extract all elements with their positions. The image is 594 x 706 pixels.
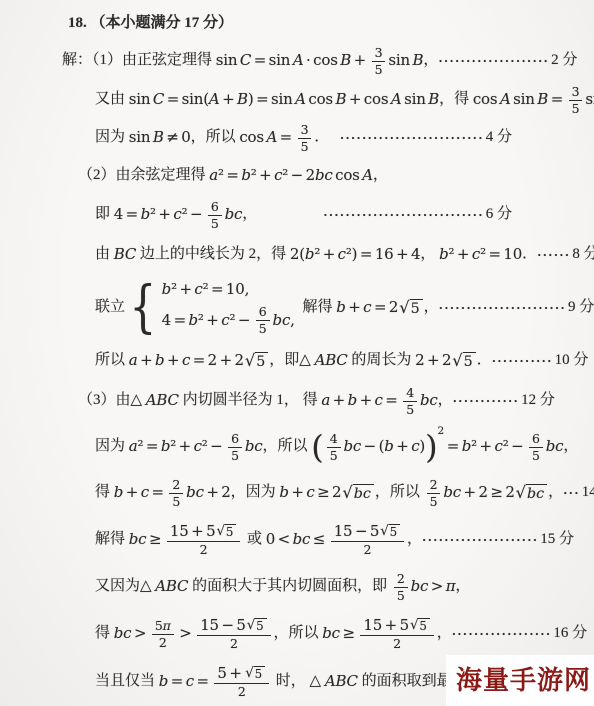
- leader-score-group: ······8 分: [537, 246, 594, 263]
- fraction: 35: [372, 46, 386, 77]
- sqrt-radical: √5: [380, 524, 400, 540]
- math-run: bc − (b + c): [344, 438, 426, 455]
- problem-number-line: 18. （本小题满分 17 分）: [0, 10, 594, 38]
- sqrt-radical: √5: [216, 524, 236, 540]
- math-run: a + b + c = 2 + 2: [129, 352, 244, 369]
- sqrt-radical: √5: [452, 352, 475, 370]
- sqrt-radical: √bc: [342, 484, 373, 502]
- leader-score-group: ···14 分: [563, 484, 594, 501]
- dotted-leader: ·····························: [323, 208, 484, 223]
- leader-score-group: ·····························6 分: [323, 206, 512, 223]
- step3-incircle-line: （3）由△ ABC 内切圆半径为 1， 得 a + b + c = 45bc，·…: [0, 378, 594, 424]
- math-run: bc: [546, 438, 564, 455]
- math-run: b² + c² = 10,: [162, 281, 250, 298]
- text-run: 又由: [95, 91, 129, 108]
- text-run: 解得: [299, 299, 337, 316]
- text-run: 18. （本小题满分 17 分）: [68, 15, 233, 32]
- scanned-solution-page: 18. （本小题满分 17 分）解：（1）由正弦定理得 sin C = sin …: [0, 0, 594, 706]
- text-run: 因为: [95, 438, 129, 455]
- step3-bc-bound-line: 得 bc > 5π2 > 15 − 5√52，所以 bc ≥ 15 + 5√52…: [0, 610, 594, 658]
- text-run: ，所以: [375, 484, 424, 501]
- fraction: 25: [427, 478, 441, 509]
- radical-sign: √: [245, 352, 255, 369]
- sqrt-radical: √5: [245, 666, 265, 682]
- step1-sine-rule-line: 解：（1）由正弦定理得 sin C = sin A · cos B + 35si…: [0, 38, 594, 84]
- score-label: 16 分: [551, 625, 587, 642]
- text-run: 边上的中线长为 2，得: [136, 246, 290, 263]
- math-run: bc: [245, 438, 263, 455]
- text-run: 解得: [95, 531, 129, 548]
- leader-score-group: ··················16 分: [452, 625, 587, 642]
- math-run: b + c = 2: [336, 299, 398, 316]
- text-run: ，: [420, 246, 439, 263]
- leader-score-group: ···········10 分: [492, 352, 589, 369]
- radical-sign: √: [216, 524, 224, 538]
- math-run: a + b + c =: [321, 392, 400, 409]
- text-run: （2）由余弦定理得: [78, 167, 209, 184]
- text-run: ，因为: [231, 484, 280, 501]
- fraction: 15 + 5√52: [360, 617, 433, 650]
- score-label: 14 分: [580, 484, 594, 501]
- superscript: 2: [438, 425, 445, 437]
- text-run: ，即△: [269, 352, 314, 369]
- watermark: 海量手游网: [446, 655, 594, 706]
- dotted-leader: ···········: [492, 354, 553, 369]
- sqrt-radical: √5: [399, 299, 422, 317]
- step2-substitute-line: 即 4 = b² + c² − 65bc，···················…: [0, 192, 594, 238]
- math-run: bc,: [273, 312, 295, 329]
- math-run: b + c =: [114, 484, 167, 501]
- fraction: 5π2: [152, 619, 174, 650]
- math-run: 4 = b² + c² −: [162, 312, 253, 329]
- step2-perimeter-line: 所以 a + b + c = 2 + 2√5，即△ ABC 的周长为 2 + 2…: [0, 344, 594, 378]
- math-run: >: [177, 625, 195, 642]
- radical-sign: √: [245, 666, 253, 680]
- step1-expand-line: 又由 sin C = sin(A + B) = sin A cos B + co…: [0, 84, 594, 116]
- text-run: ，: [424, 299, 439, 316]
- fraction: 25: [394, 572, 408, 603]
- text-run: 由: [95, 246, 114, 263]
- radical-sign: √: [399, 299, 409, 316]
- leader-score-group: ············12 分: [453, 392, 555, 409]
- fraction: 65: [256, 305, 270, 336]
- fraction: 15 + 5√52: [167, 523, 240, 556]
- leader-score-group: ·····················15 分: [422, 531, 574, 548]
- math-run: sin B.: [585, 91, 594, 108]
- fraction: 5 + √52: [214, 665, 269, 698]
- dotted-leader: ····················: [438, 54, 549, 69]
- fraction: 35: [569, 85, 583, 116]
- dotted-leader: ·······················: [439, 301, 566, 316]
- fraction: 25: [169, 478, 183, 509]
- solution-lines: 18. （本小题满分 17 分）解：（1）由正弦定理得 sin C = sin …: [0, 10, 594, 706]
- sqrt-radical: √5: [410, 618, 430, 634]
- step2-median-line: 由 BC 边上的中线长为 2，得 2(b² + c²) = 16 + 4， b²…: [0, 238, 594, 272]
- step2-system-line: 联立{b² + c² = 10,4 = b² + c² − 65bc, 解得 b…: [0, 272, 594, 344]
- text-run: ，: [407, 531, 422, 548]
- text-run: （3）由△: [78, 392, 146, 409]
- math-run: b = c =: [159, 673, 212, 690]
- math-run: sin B: [388, 52, 423, 69]
- math-run: 15 + 5: [363, 617, 409, 634]
- dotted-leader: ·····················: [422, 533, 538, 548]
- math-run: bc: [225, 206, 243, 223]
- math-run: bc + 2: [186, 484, 230, 501]
- text-run: ．: [314, 129, 329, 146]
- fraction: 35: [298, 123, 312, 154]
- text-run: 联立: [95, 299, 125, 316]
- score-label: 2 分: [549, 52, 577, 69]
- dotted-leader: ······: [537, 248, 570, 263]
- radical-sign: √: [342, 484, 352, 501]
- radical-sign: √: [516, 484, 526, 501]
- dotted-leader: ···: [563, 486, 580, 501]
- math-run: ABC: [155, 578, 188, 595]
- dotted-leader: ··················: [452, 627, 552, 642]
- math-run: BC: [114, 246, 136, 263]
- math-run: 15 − 5: [334, 523, 380, 540]
- step3-solve-bc-line: 解得 bc ≥ 15 + 5√52 或 0 < bc ≤ 15 − 5√52，·…: [0, 516, 594, 564]
- system-equation-row: 4 = b² + c² − 65bc,: [162, 305, 295, 336]
- step2-cosine-rule-line: （2）由余弦定理得 a² = b² + c² − 2bc cos A，: [0, 160, 594, 192]
- text-run: ，: [548, 484, 563, 501]
- fraction: 15 − 5√52: [331, 523, 404, 556]
- text-run: ，所以: [191, 129, 240, 146]
- math-run: bc + 2 ≥ 2: [443, 484, 514, 501]
- step3-area-condition-line: 又因为△ ABC 的面积大于其内切圆面积，即 25bc > π，: [0, 564, 594, 610]
- text-run: 又因为△: [95, 578, 155, 595]
- text-run: 的面积大于其内切圆面积，即: [188, 578, 391, 595]
- text-run: ．: [522, 246, 537, 263]
- system-equation-row: b² + c² = 10,: [162, 281, 295, 298]
- math-run: = b² + c² −: [444, 438, 526, 455]
- math-run: 15 − 5: [200, 617, 246, 634]
- text-run: ，: [373, 167, 388, 184]
- fraction: 45: [327, 432, 341, 463]
- text-run: 解：（1）由正弦定理得: [62, 52, 216, 69]
- text-run: ，: [437, 625, 452, 642]
- text-run: ，: [242, 206, 257, 223]
- big-paren: ): [425, 431, 437, 463]
- sqrt-radical: √5: [245, 352, 268, 370]
- math-run: 5 +: [217, 665, 244, 682]
- fraction: 65: [228, 432, 242, 463]
- score-label: 15 分: [538, 531, 574, 548]
- math-run: ABC: [146, 392, 179, 409]
- score-label: 8 分: [570, 246, 594, 263]
- math-run: 2 + 2: [415, 352, 451, 369]
- math-run: 15 + 5: [170, 523, 216, 540]
- text-run: 内切圆半径为 1， 得: [179, 392, 322, 409]
- math-run: b² + c² = 10: [439, 246, 522, 263]
- text-run: ，得: [439, 91, 473, 108]
- leader-score-group: ·······················9 分: [439, 299, 594, 316]
- score-label: 9 分: [566, 299, 594, 316]
- math-run: bc: [420, 392, 438, 409]
- score-label: 10 分: [553, 352, 589, 369]
- step1-cosA-result-line: 因为 sin B ≠ 0，所以 cos A = 35．·············…: [0, 116, 594, 160]
- text-run: 得: [95, 625, 114, 642]
- math-run: ABC: [325, 673, 358, 690]
- score-label: 12 分: [519, 392, 555, 409]
- radical-sign: √: [452, 352, 462, 369]
- sqrt-radical: √5: [247, 618, 267, 634]
- radical-sign: √: [380, 524, 388, 538]
- math-run: 4 = b² + c² −: [114, 206, 205, 223]
- score-label: 4 分: [484, 129, 512, 146]
- text-run: 或: [243, 531, 266, 548]
- dotted-leader: ··························: [340, 131, 484, 146]
- radical-sign: √: [410, 618, 418, 632]
- equation-system: {b² + c² = 10,4 = b² + c² − 65bc,: [125, 280, 295, 336]
- math-run: sin C = sin(A + B) = sin A cos B + cos A…: [129, 91, 439, 108]
- step3-squared-identity-line: 因为 a² = b² + c² − 65bc，所以 (45bc − (b + c…: [0, 424, 594, 470]
- fraction: 65: [529, 432, 543, 463]
- math-run: bc ≥: [322, 625, 357, 642]
- math-run: cos A sin B =: [473, 91, 566, 108]
- text-run: ，所以: [262, 438, 311, 455]
- leader-score-group: ··························4 分: [340, 129, 512, 146]
- text-run: ，: [563, 438, 578, 455]
- math-run: sin C = sin A · cos B +: [216, 52, 369, 69]
- text-run: ，: [438, 392, 453, 409]
- text-run: 因为: [95, 129, 129, 146]
- math-run: bc ≥: [129, 531, 164, 548]
- math-run: bc > π: [411, 578, 456, 595]
- math-run: cos A =: [239, 129, 294, 146]
- text-run: ，: [455, 578, 470, 595]
- sqrt-radical: √bc: [516, 484, 547, 502]
- math-run: a² = b² + c² − 2bc cos A: [209, 167, 373, 184]
- fraction: 65: [208, 200, 222, 231]
- text-run: ，: [423, 52, 438, 69]
- step3-amgm-line: 得 b + c = 25bc + 2，因为 b + c ≥ 2√bc，所以 25…: [0, 470, 594, 516]
- text-run: 得: [95, 484, 114, 501]
- math-run: sin B ≠ 0: [129, 129, 191, 146]
- math-run: ABC: [315, 352, 348, 369]
- text-run: 时， △: [272, 673, 325, 690]
- math-run: b + c ≥ 2: [279, 484, 341, 501]
- dotted-leader: ············: [453, 394, 519, 409]
- big-paren: (: [311, 431, 323, 463]
- text-run: 即: [95, 206, 114, 223]
- text-run: 所以: [95, 352, 129, 369]
- fraction: 45: [403, 386, 417, 417]
- radical-sign: √: [247, 618, 255, 632]
- math-run: a² = b² + c² −: [129, 438, 225, 455]
- leader-score-group: ····················2 分: [438, 52, 577, 69]
- score-label: 6 分: [484, 206, 512, 223]
- math-run: 2(b² + c²) = 16 + 4: [290, 246, 420, 263]
- left-brace: {: [129, 280, 156, 336]
- math-run: bc >: [114, 625, 149, 642]
- text-run: ，所以: [274, 625, 323, 642]
- text-run: 当且仅当: [95, 673, 159, 690]
- fraction: 15 − 5√52: [197, 617, 270, 650]
- text-run: 的周长为: [348, 352, 416, 369]
- math-run: 0 < bc ≤: [266, 531, 328, 548]
- text-run: ．: [477, 352, 492, 369]
